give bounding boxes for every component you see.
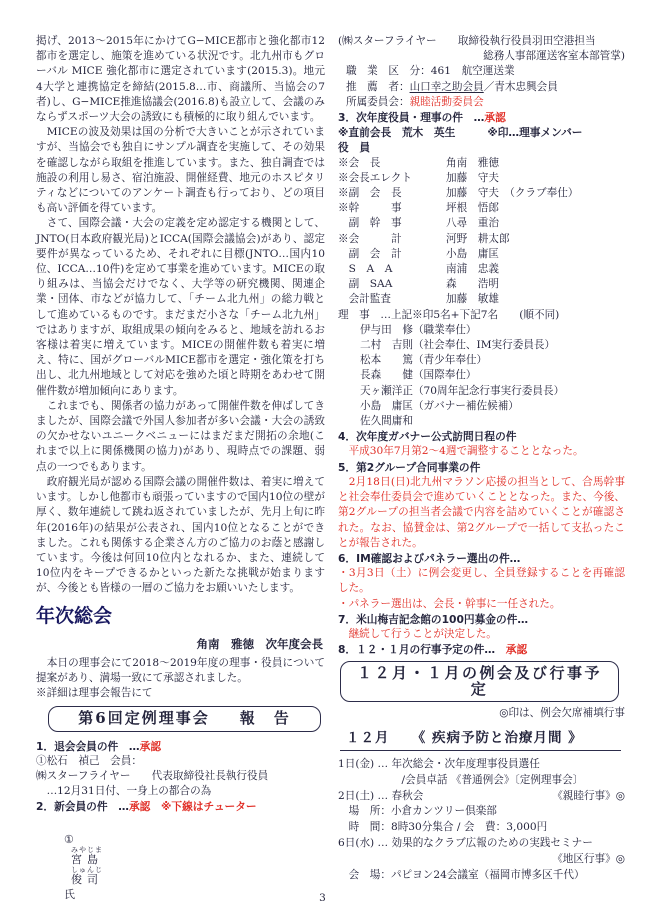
agenda-item-8-approved: 承認: [506, 643, 527, 656]
agenda-item-6-result-2: ・パネラー選出は、会長・幹事に一任された。: [338, 597, 625, 612]
event-row: 《地区行事》◎: [338, 852, 625, 868]
agenda-item-7: 7．米山梅吉記念館の100円募金の件…: [338, 612, 625, 627]
agenda-item-5: 5．第2グループ合同事業の件: [338, 460, 625, 475]
agenda-item-8-label: 8．１２・１月の行事予定の件…: [338, 643, 506, 656]
schedule-note: ◎印は、例会欠席補填行事: [338, 706, 625, 721]
december-theme-header: １２月 《 疾病予防と治療月間 》: [340, 727, 621, 751]
agenda-item-5-result: 2月18日(日)北九州マラソン応援の担当として、合馬幹事と社会奉仕委員会で進めて…: [338, 475, 625, 551]
board-report-subtitle: 報 告: [240, 711, 291, 726]
agenda-item-1: 1．退会会員の件 …承認: [36, 739, 325, 754]
new-member-surname: 宮島みやじま: [71, 853, 103, 866]
schedule-box: １２月・１月の例会及び行事予定: [340, 661, 619, 701]
event-row: 1日(金) … 年次総会・次年度理事役員選任: [338, 757, 625, 773]
agenda-item-2-label: 2．新会員の件 …: [36, 800, 129, 813]
committee-line: 所属委員会：親睦活動委員会: [338, 95, 625, 110]
officer-row: 副 会 計小島 庸匡: [338, 247, 625, 262]
agenda-item-3-label: 3．次年度役員・理事の件 …: [338, 111, 484, 124]
director: 二村 吉則（社会奉仕、IM実行委員長）: [338, 338, 625, 353]
event-row: /会員卓話 《普通例会》〔定例理事会〕: [338, 773, 625, 789]
agenda-item-6-result-1: ・3月3日（土）に例会変更し、全員登録することを再確認した。: [338, 566, 625, 596]
annual-meeting-paragraph: 本日の理事会にて2018〜2019年度の理事・役員について提案があり、満場一致に…: [36, 656, 325, 686]
event-row: 場 所：小倉カンツリー倶楽部: [338, 804, 625, 820]
paragraph: 政府観光局が認める国際会議の開催件数は、着実に増えています。しかし他都市も頑張っ…: [36, 475, 325, 597]
agenda-item-4-result: 平成30年7月第2〜4週で調整することとなった。: [338, 444, 625, 459]
paragraph: これまでも、関係者の協力があって開催件数を伸ばしてきましたが、国際会議で外国人参…: [36, 399, 325, 475]
schedule-box-title: １２月・１月の例会及び行事予定: [351, 666, 608, 696]
director: 松本 篤（青少年奉仕）: [338, 353, 625, 368]
committee-value: 親睦活動委員会: [410, 96, 484, 108]
recommender-underlined: 山口幸之助会員: [410, 81, 484, 93]
event-row: 2日(土) … 春秋会《親睦行事》◎: [338, 789, 625, 805]
director: 天ヶ瀬洋正（70周年記念行事実行委員長）: [338, 384, 625, 399]
officer-row: ※副 会 長加藤 守夫 （クラブ奉仕）: [338, 186, 625, 201]
resigning-member-date: …12月31日付、一身上の都合の為: [36, 784, 325, 799]
officer-row: 会計監査加藤 敏雄: [338, 292, 625, 307]
member-company-line1: (㈱スターフライヤー 取締役執行役員羽田空港担当: [338, 34, 625, 49]
new-member-prefix: ①: [64, 833, 74, 846]
page-number: 3: [0, 892, 645, 904]
officer-row: ※会長エレクト加藤 守夫: [338, 171, 625, 186]
board-report-title: 第6回定例理事会: [78, 711, 209, 726]
recommender-line: 推 薦 者：山口幸之助会員／青木忠興会員: [338, 80, 625, 95]
officer-row: ※会 長角南 雅徳: [338, 156, 625, 171]
event-row: 6日(水) … 効果的なクラブ広報のための実践セミナー: [338, 836, 625, 852]
officer-row: S A A南浦 忠義: [338, 262, 625, 277]
annual-meeting-heading: 年次総会: [36, 604, 325, 628]
member-company-line2: 総務人事部運送客室本部管掌): [338, 49, 625, 64]
agenda-item-3: 3．次年度役員・理事の件 …承認: [338, 110, 625, 125]
agenda-item-4: 4．次年度ガバナー公式訪問日程の件: [338, 429, 625, 444]
recommender-rest: ／青木忠興会員: [484, 81, 558, 93]
recommender-label: 推 薦 者：: [346, 81, 410, 93]
occupation-line: 職 業 区 分：461 航空運送業: [338, 64, 625, 79]
paragraph: MICEの波及効果は国の分析で大きいことが示されていますが、当協会でも独自にサン…: [36, 125, 325, 216]
directors-label: 理 事 …上記※印5名+下記7名 (順不同): [338, 308, 625, 323]
director: 伊与田 修（職業奉仕）: [338, 323, 625, 338]
previous-president-line: ※直前会長 荒木 英生 ※印…理事メンバー: [338, 125, 625, 140]
officer-row: ※幹 事坪根 悟郎: [338, 201, 625, 216]
director: 長森 健（国際奉仕）: [338, 368, 625, 383]
agenda-item-2: 2．新会員の件 …承認 ※下線はチューター: [36, 799, 325, 814]
agenda-item-1-approved: 承認: [140, 740, 161, 753]
agenda-item-7-result: 継続して行うことが決定した。: [338, 627, 625, 642]
director: 小島 庸匡（ガバナー補佐候補）: [338, 399, 625, 414]
board-report-box: 第6回定例理事会 報 告: [48, 706, 321, 731]
officer-row: ※会 計河野 耕太郎: [338, 232, 625, 247]
director: 佐久間庸和: [338, 414, 625, 429]
byline-next-president: 角南 雅徳 次年度会長: [36, 637, 323, 652]
agenda-item-3-approved: 承認: [484, 111, 505, 124]
agenda-item-1-label: 1．退会会員の件 …: [36, 740, 140, 753]
officer-row: 副 幹 事八尋 重治: [338, 216, 625, 231]
event-row: 時 間：8時30分集合 / 会 費：3,000円: [338, 820, 625, 836]
resigning-member: ①松石 禎己 会員：: [36, 754, 325, 769]
agenda-item-6: 6．IM確認およびパネラー選出の件…: [338, 551, 625, 566]
new-member-givenname: 俊司しゅんじ: [71, 873, 103, 886]
resigning-member-company: ㈱スターフライヤー 代表取締役社長執行役員: [36, 769, 325, 784]
detail-note: ※詳細は理事会報告にて: [36, 686, 325, 701]
right-column: (㈱スターフライヤー 取締役執行役員羽田空港担当 総務人事部運送客室本部管掌) …: [338, 34, 625, 913]
officer-row: 副 SAA森 浩明: [338, 277, 625, 292]
left-column: 掲げ、2013〜2015年にかけてG−MICE都市と強化都市12都市を選定し、施…: [36, 34, 325, 913]
committee-label: 所属委員会：: [346, 96, 410, 108]
agenda-item-8: 8．１２・１月の行事予定の件… 承認: [338, 642, 625, 657]
officers-title: 役 員: [338, 140, 625, 155]
agenda-item-2-approved: 承認 ※下線はチューター: [129, 800, 257, 813]
event-row: 会 場：パピヨン24会議室（福岡市博多区千代）: [338, 868, 625, 884]
two-column-layout: 掲げ、2013〜2015年にかけてG−MICE都市と強化都市12都市を選定し、施…: [36, 34, 625, 913]
paragraph: さて、国際会議・大会の定義を定め認定する機関として、JNTO(日本政府観光局)と…: [36, 216, 325, 398]
paragraph: 掲げ、2013〜2015年にかけてG−MICE都市と強化都市12都市を選定し、施…: [36, 34, 325, 125]
document-page: 掲げ、2013〜2015年にかけてG−MICE都市と強化都市12都市を選定し、施…: [0, 0, 645, 913]
